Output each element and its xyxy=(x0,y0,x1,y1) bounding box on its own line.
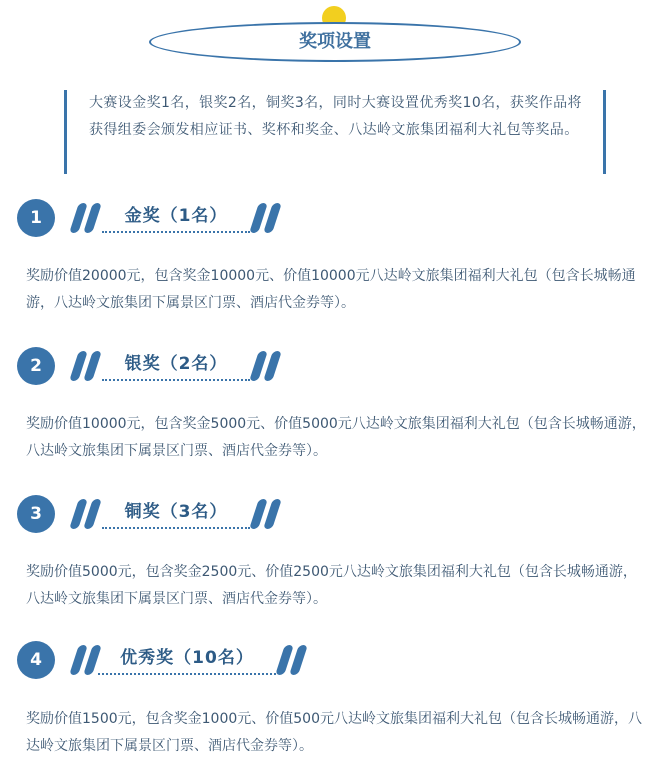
number-badge: 4 xyxy=(17,641,55,679)
quote-mark-icon xyxy=(250,347,282,387)
intro-box: 大赛设金奖1名，银奖2名，铜奖3名，同时大赛设置优秀奖10名，获奖作品将获得组委… xyxy=(64,90,606,174)
section-title: 奖项设置 xyxy=(149,22,521,62)
number-badge: 1 xyxy=(17,199,55,237)
intro-text: 大赛设金奖1名，银奖2名，铜奖3名，同时大赛设置优秀奖10名，获奖作品将获得组委… xyxy=(89,90,583,144)
award-title: 银奖（2名） xyxy=(102,349,250,381)
award-description: 奖励价值20000元，包含奖金10000元、价值10000元八达岭文旅集团福利大… xyxy=(26,263,650,317)
award-description: 奖励价值1500元，包含奖金1000元、价值500元八达岭文旅集团福利大礼包（包… xyxy=(26,706,650,760)
award-header-bronze: 3 铜奖（3名） xyxy=(0,495,672,535)
quote-mark-icon xyxy=(250,199,282,239)
award-header-excellence: 4 优秀奖（10名） xyxy=(0,641,672,681)
award-description: 奖励价值10000元，包含奖金5000元、价值5000元八达岭文旅集团福利大礼包… xyxy=(26,411,650,465)
quote-mark-icon xyxy=(250,495,282,535)
award-header-gold: 1 金奖（1名） xyxy=(0,199,672,239)
award-title: 铜奖（3名） xyxy=(102,497,250,529)
quote-mark-icon xyxy=(276,641,308,681)
award-title: 优秀奖（10名） xyxy=(98,643,276,675)
number-badge: 3 xyxy=(17,495,55,533)
number-badge: 2 xyxy=(17,347,55,385)
award-description: 奖励价值5000元，包含奖金2500元、价值2500元八达岭文旅集团福利大礼包（… xyxy=(26,559,650,613)
award-title: 金奖（1名） xyxy=(102,201,250,233)
quote-mark-icon xyxy=(70,199,102,239)
quote-mark-icon xyxy=(70,495,102,535)
quote-mark-icon xyxy=(70,347,102,387)
award-header-silver: 2 银奖（2名） xyxy=(0,347,672,387)
